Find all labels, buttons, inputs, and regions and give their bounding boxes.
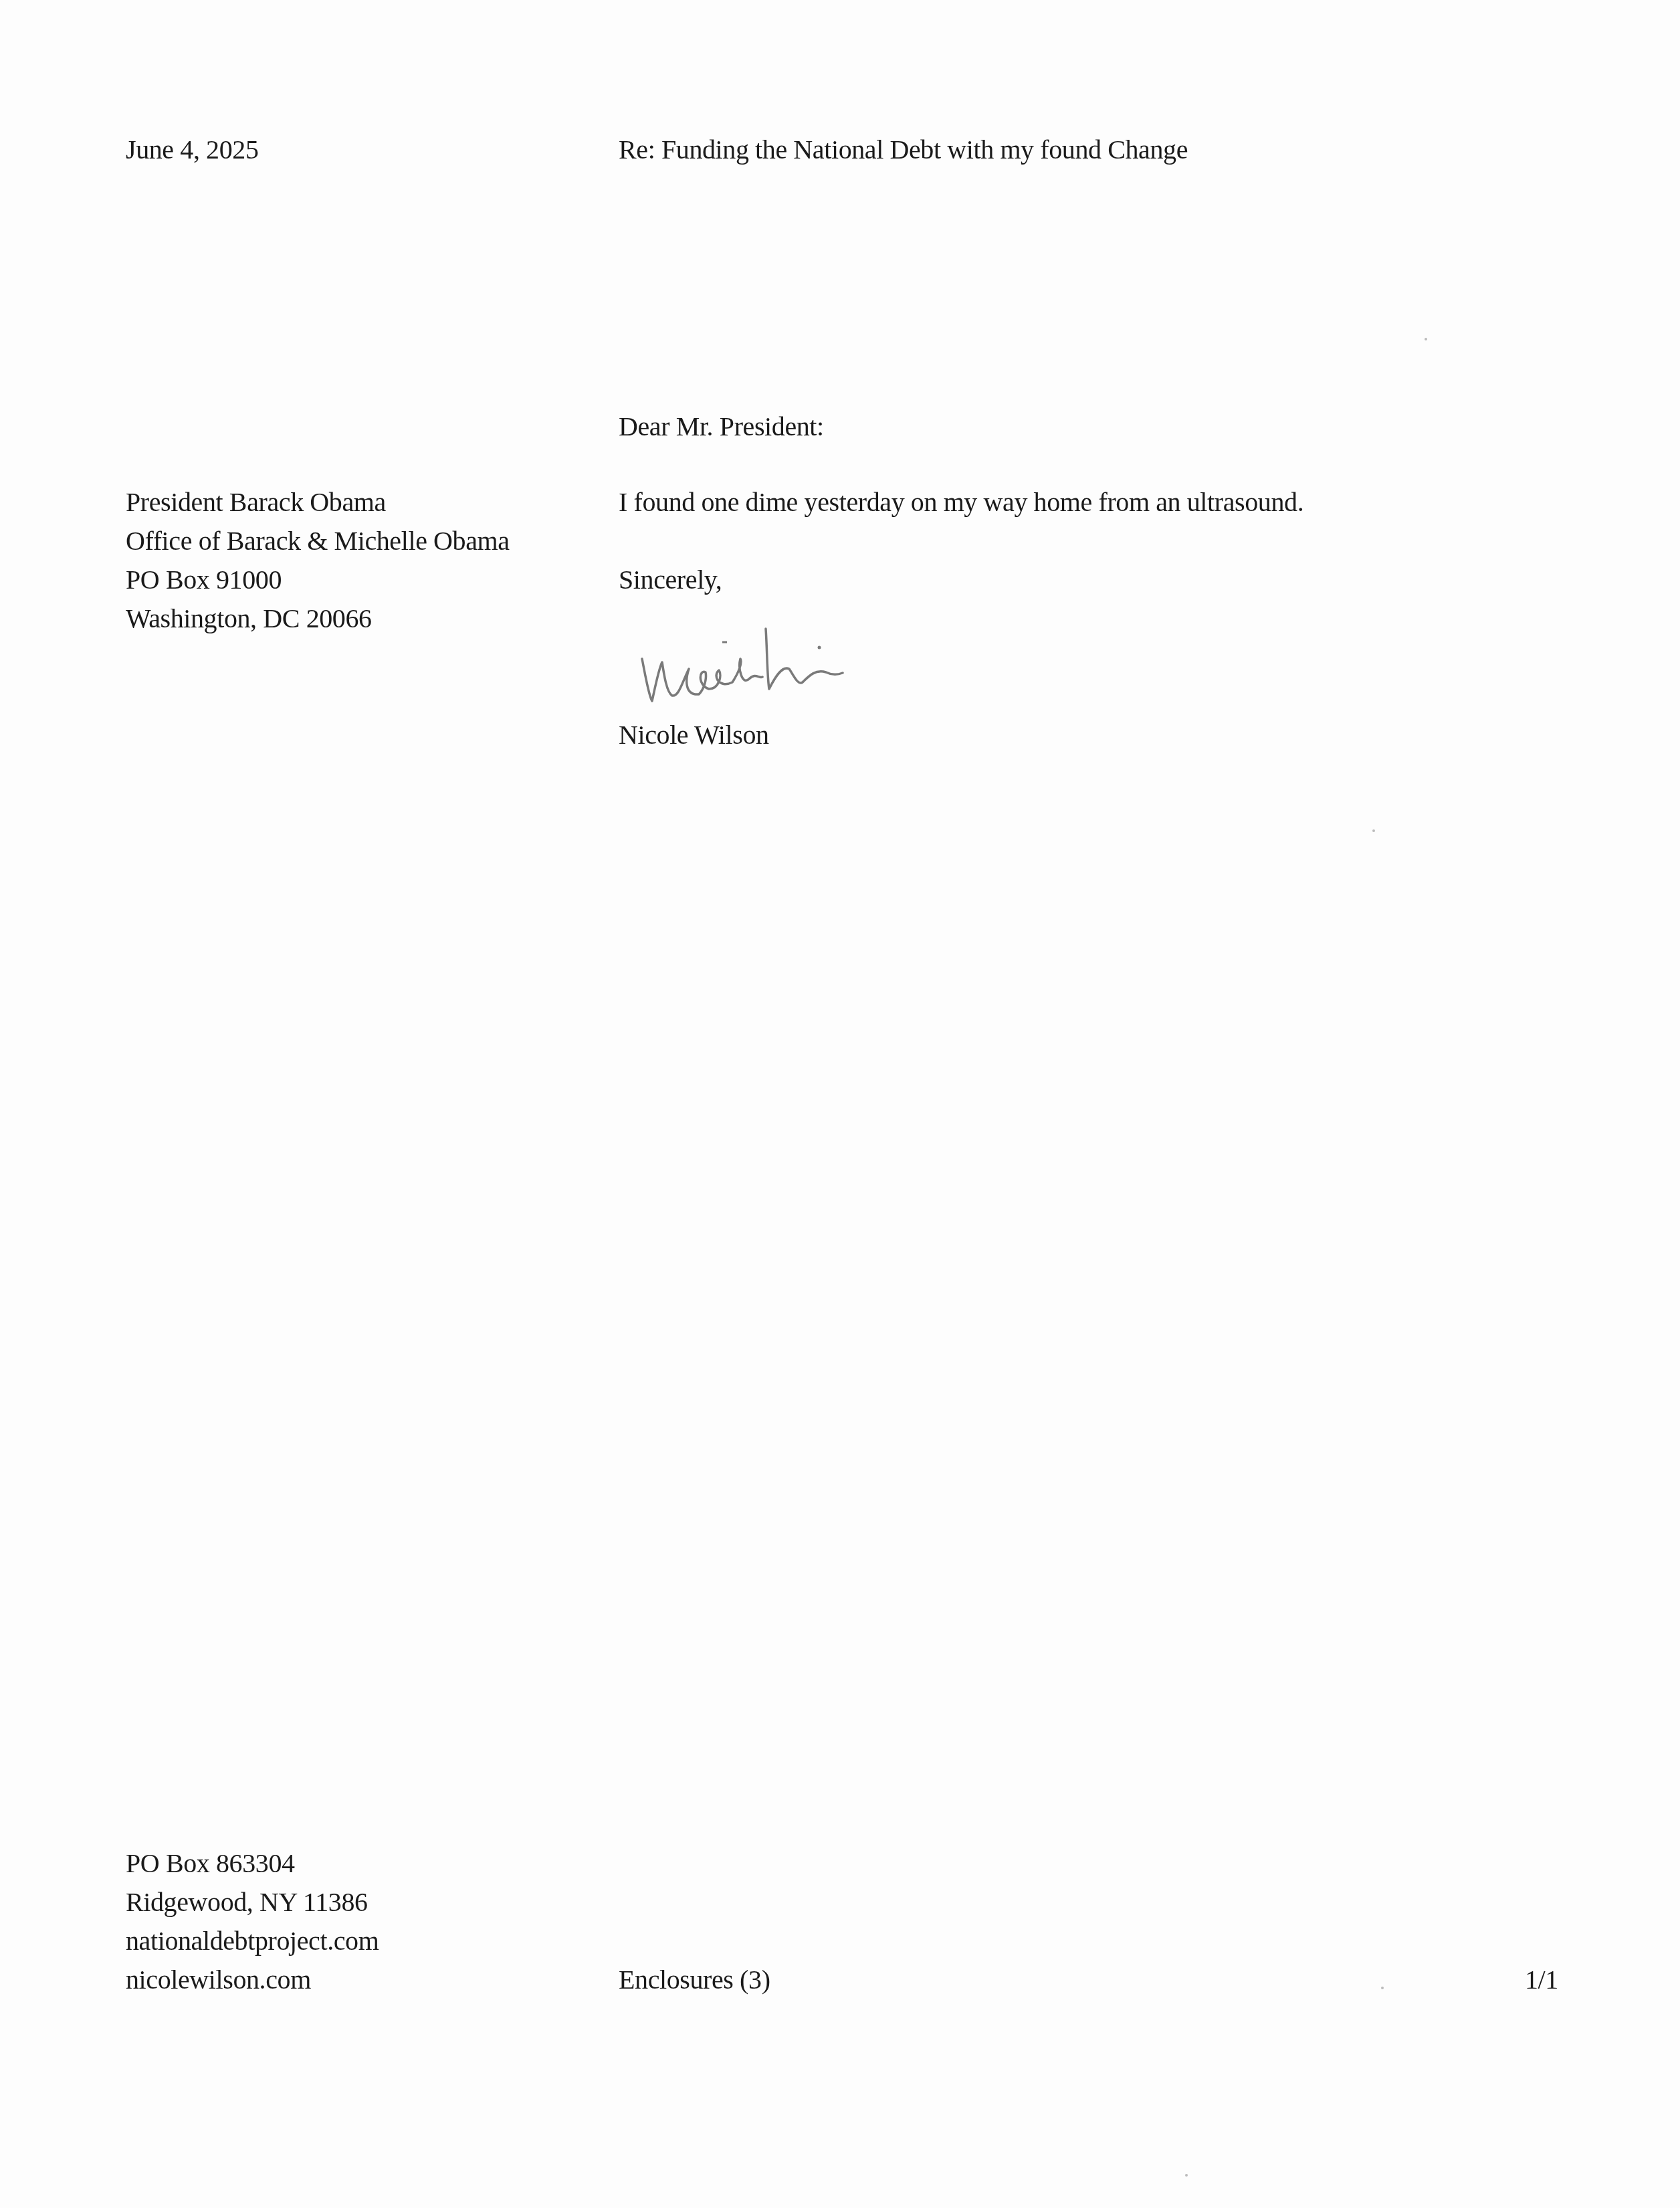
recipient-line: Office of Barack & Michelle Obama bbox=[126, 522, 510, 561]
sender-address: PO Box 863304 Ridgewood, NY 11386 nation… bbox=[126, 1844, 379, 1999]
recipient-line: PO Box 91000 bbox=[126, 561, 510, 599]
recipient-line: President Barack Obama bbox=[126, 483, 510, 522]
enclosures: Enclosures (3) bbox=[619, 1961, 770, 1999]
sender-website: nationaldebtproject.com bbox=[126, 1922, 379, 1961]
recipient-address: President Barack Obama Office of Barack … bbox=[126, 483, 510, 638]
scan-speck bbox=[1425, 338, 1427, 340]
salutation: Dear Mr. President: bbox=[619, 407, 824, 446]
recipient-line: Washington, DC 20066 bbox=[126, 599, 510, 638]
signature-icon bbox=[625, 622, 940, 709]
letter-date: June 4, 2025 bbox=[126, 130, 259, 169]
sender-line: Ridgewood, NY 11386 bbox=[126, 1883, 379, 1922]
signer-name: Nicole Wilson bbox=[619, 716, 769, 755]
letter-body: I found one dime yesterday on my way hom… bbox=[619, 483, 1303, 522]
scan-speck bbox=[1381, 1987, 1384, 1989]
closing: Sincerely, bbox=[619, 561, 722, 599]
sender-website: nicolewilson.com bbox=[126, 1961, 379, 1999]
letter-subject: Re: Funding the National Debt with my fo… bbox=[619, 130, 1188, 169]
letter-page: June 4, 2025 Re: Funding the National De… bbox=[0, 0, 1680, 2208]
sender-line: PO Box 863304 bbox=[126, 1844, 379, 1883]
scan-speck bbox=[1372, 829, 1375, 832]
scan-speck bbox=[1185, 2174, 1188, 2177]
page-number: 1/1 bbox=[1525, 1961, 1558, 1999]
